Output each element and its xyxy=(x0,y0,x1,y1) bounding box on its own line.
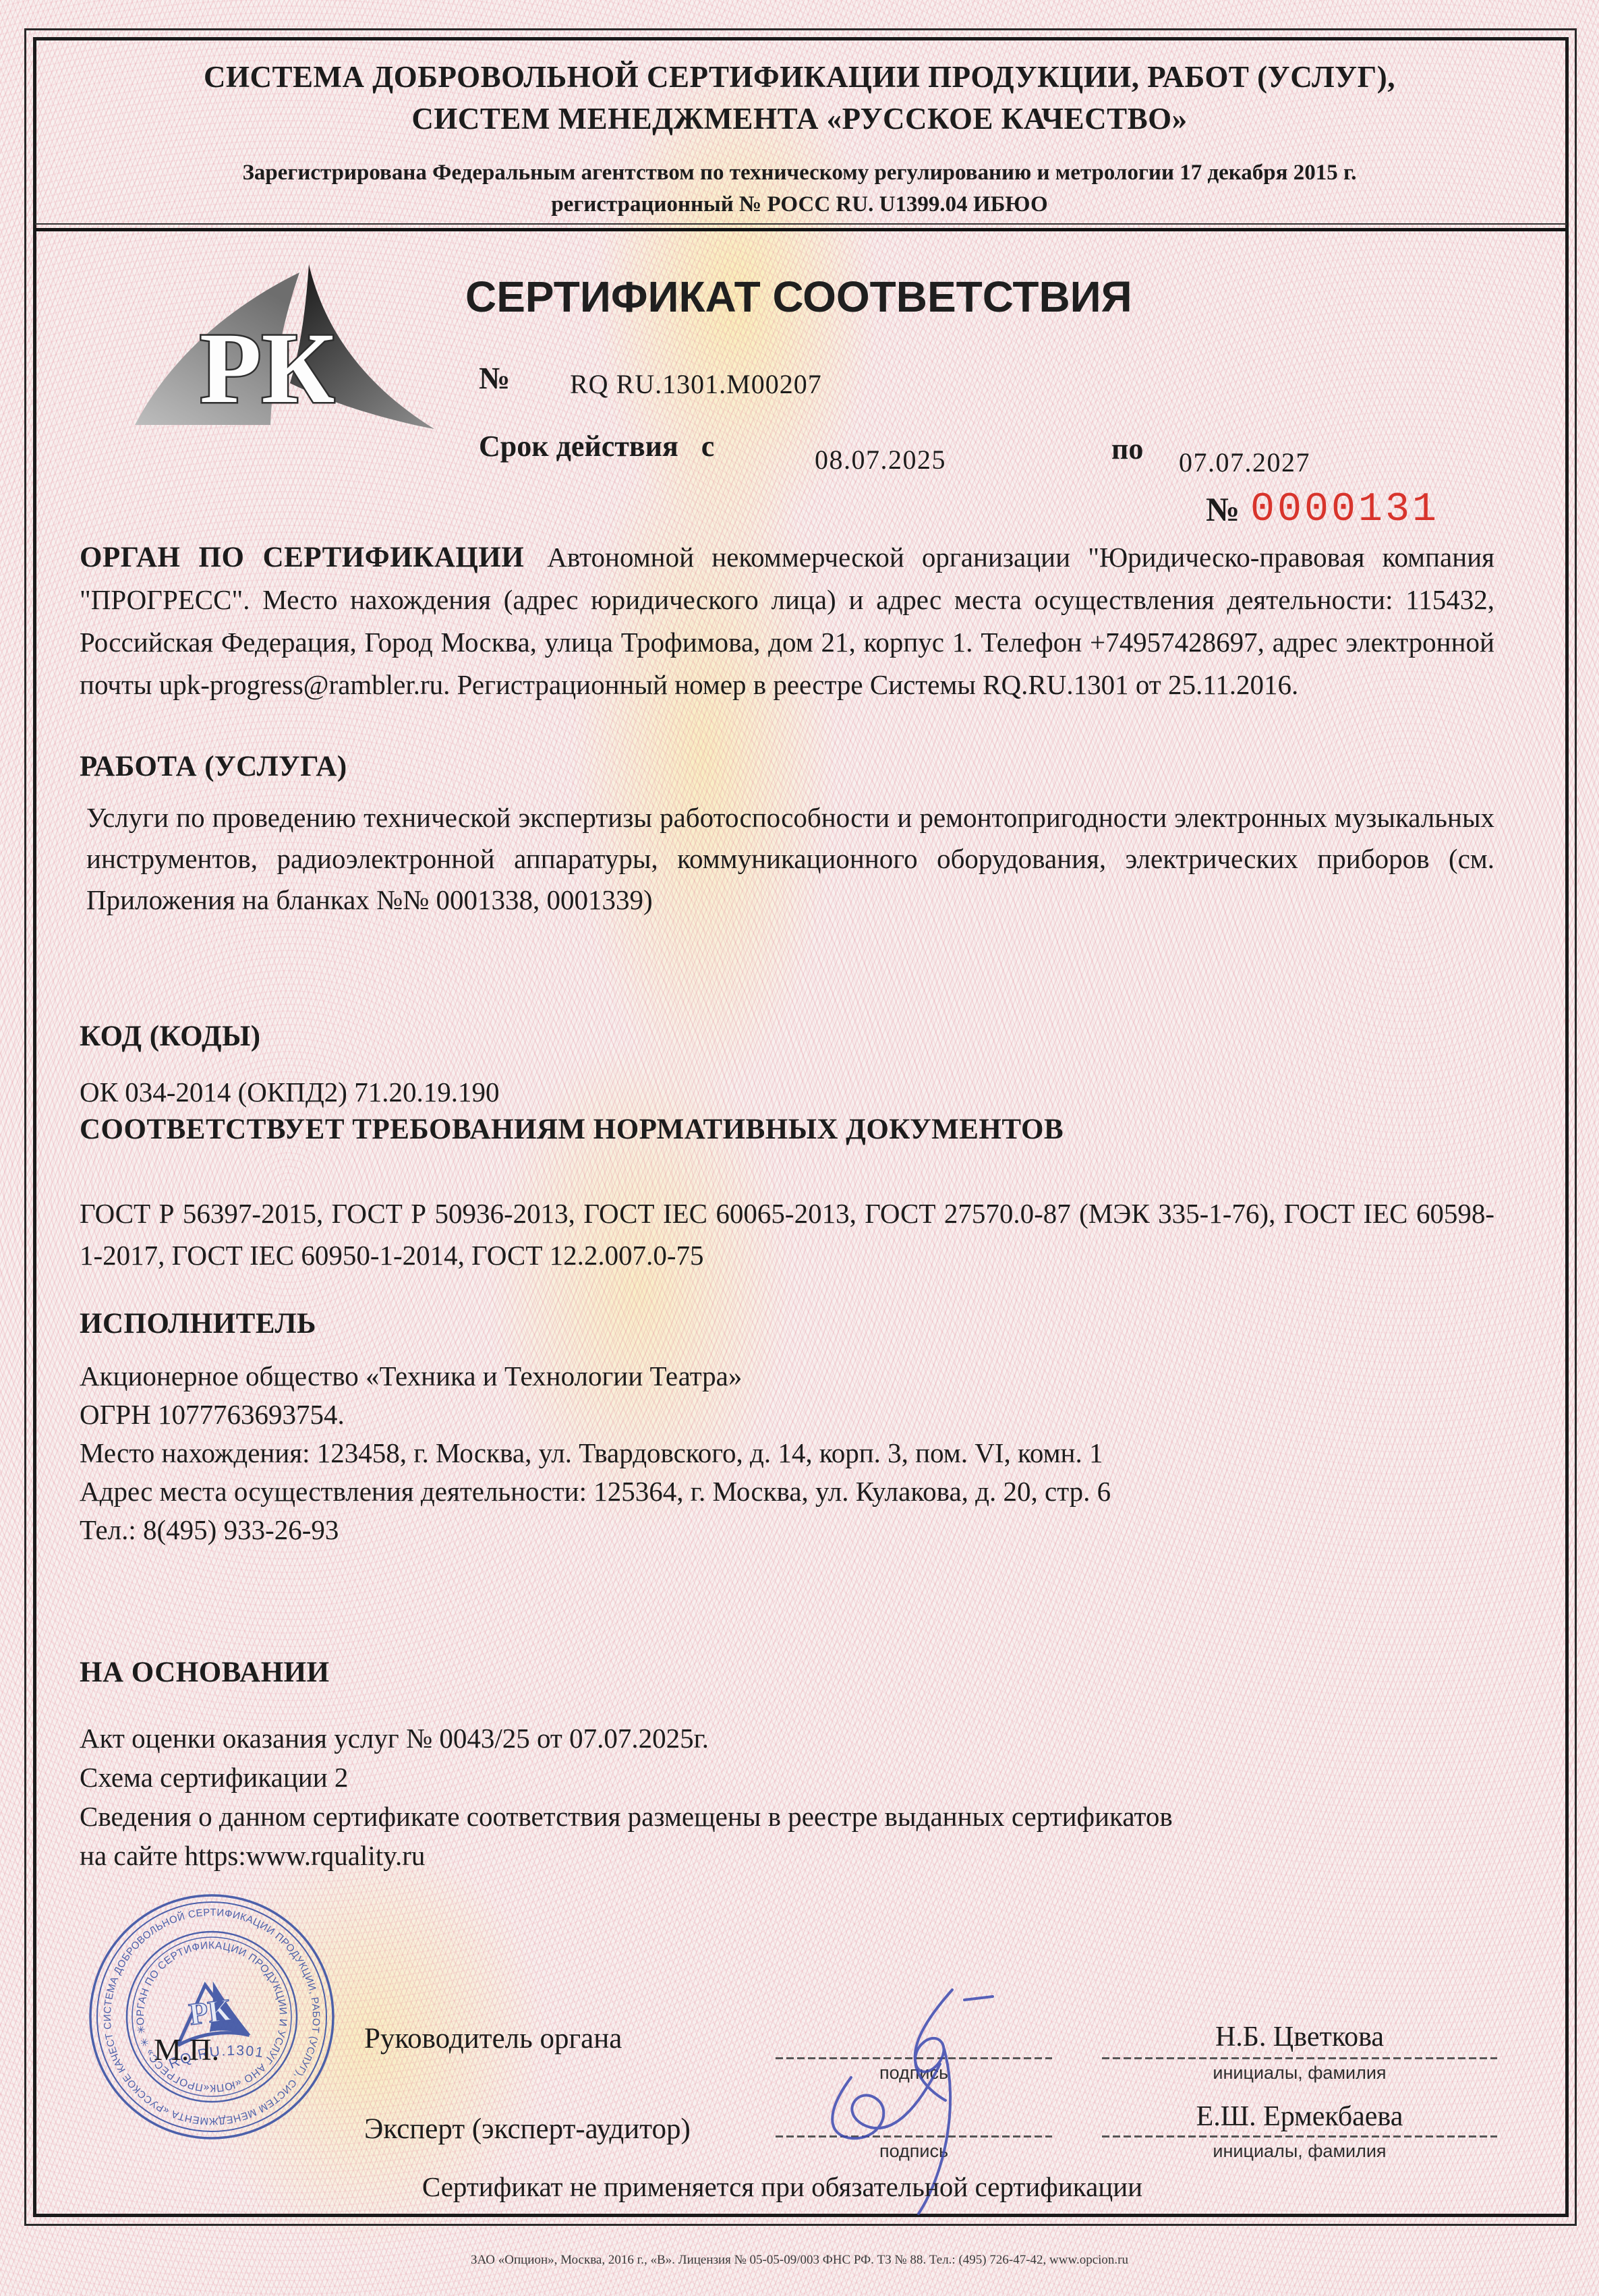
expert-name-line xyxy=(1102,2135,1497,2137)
executor-line: Место нахождения: 123458, г. Москва, ул.… xyxy=(80,1434,1494,1472)
rk-logo: РК xyxy=(129,262,437,441)
basis-line: Акт оценки оказания услуг № 0043/25 от 0… xyxy=(80,1719,1494,1758)
expert-signature-icon xyxy=(832,2064,940,2138)
mp-seal-label: М.П. xyxy=(154,2032,219,2067)
valid-from-date: 08.07.2025 xyxy=(815,444,946,476)
validity-label: Срок действияс xyxy=(479,429,714,463)
system-title-line1: СИСТЕМА ДОБРОВОЛЬНОЙ СЕРТИФИКАЦИИ ПРОДУК… xyxy=(40,59,1559,94)
svg-text:РК: РК xyxy=(187,1992,232,2032)
section-certification-body: ОРГАН ПО СЕРТИФИКАЦИИАвтономной некоммер… xyxy=(80,536,1494,706)
mandatory-certification-note: Сертификат не применяется при обязательн… xyxy=(364,2171,1200,2203)
logo-letters: РК xyxy=(200,312,335,424)
executor-line: Адрес места осуществления деятельности: … xyxy=(80,1472,1494,1511)
head-signature-icon xyxy=(915,1990,952,2100)
requirements-text: ГОСТ Р 56397-2015, ГОСТ Р 50936-2013, ГО… xyxy=(80,1193,1494,1276)
work-service-heading: РАБОТА (УСЛУГА) xyxy=(80,750,347,783)
basis-block: Акт оценки оказания услуг № 0043/25 от 0… xyxy=(80,1719,1494,1875)
expert-name: Е.Ш. Ермекбаева xyxy=(1102,2100,1497,2133)
certificate-number-label: № xyxy=(479,360,510,396)
certificate-number: RQ RU.1301.M00207 xyxy=(570,368,822,400)
executor-heading: ИСПОЛНИТЕЛЬ xyxy=(80,1307,316,1340)
header-separator xyxy=(35,223,1567,231)
validity-from-label: с xyxy=(701,430,715,463)
basis-line: Сведения о данном сертификате соответств… xyxy=(80,1797,1494,1836)
validity-to-label: по xyxy=(1111,432,1143,466)
registration-line2: регистрационный № РОСС RU. U1399.04 ИБЮО xyxy=(40,192,1559,217)
work-service-text: Услуги по проведению технической эксперт… xyxy=(86,797,1494,921)
system-title-line2: СИСТЕМ МЕНЕДЖМЕНТА «РУССКОЕ КАЧЕСТВО» xyxy=(40,101,1559,136)
valid-to-date: 07.07.2027 xyxy=(1179,447,1310,478)
basis-heading: НА ОСНОВАНИИ xyxy=(80,1656,330,1689)
certificate-page: СИСТЕМА ДОБРОВОЛЬНОЙ СЕРТИФИКАЦИИ ПРОДУК… xyxy=(0,0,1599,2296)
basis-line: на сайте https:www.rquality.ru xyxy=(80,1836,1494,1875)
certificate-title: СЕРТИФИКАТ СООТВЕТСТВИЯ xyxy=(465,272,1132,322)
executor-line: Тел.: 8(495) 933-26-93 xyxy=(80,1511,1494,1549)
registration-line1: Зарегистрирована Федеральным агентством … xyxy=(40,161,1559,185)
head-name-caption: инициалы, фамилия xyxy=(1102,2063,1497,2084)
blank-number-label: № xyxy=(1206,490,1240,529)
codes-heading: КОД (КОДЫ) xyxy=(80,1020,261,1053)
blank-number: 0000131 xyxy=(1250,487,1439,533)
validity-label-text: Срок действия xyxy=(479,430,678,463)
executor-block: Акционерное общество «Техника и Технолог… xyxy=(80,1357,1494,1549)
head-name: Н.Б. Цветкова xyxy=(1102,2021,1497,2053)
head-name-line xyxy=(1102,2057,1497,2059)
requirements-heading: СООТВЕТСТВУЕТ ТРЕБОВАНИЯМ НОРМАТИВНЫХ ДО… xyxy=(80,1113,1064,1146)
certification-body-heading: ОРГАН ПО СЕРТИФИКАЦИИ xyxy=(80,542,524,573)
executor-line: ОГРН 1077763693754. xyxy=(80,1396,1494,1434)
basis-line: Схема сертификации 2 xyxy=(80,1758,1494,1797)
head-signature-dash-icon xyxy=(964,1997,993,2000)
print-house-footer: ЗАО «Опцион», Москва, 2016 г., «В». Лице… xyxy=(0,2253,1599,2268)
expert-name-caption: инициалы, фамилия xyxy=(1102,2141,1497,2162)
codes-value: ОК 034-2014 (ОКПД2) 71.20.19.190 xyxy=(80,1071,1494,1114)
expert-role-label: Эксперт (эксперт-аудитор) xyxy=(364,2113,691,2146)
head-role-label: Руководитель органа xyxy=(364,2022,622,2055)
executor-line: Акционерное общество «Техника и Технолог… xyxy=(80,1357,1494,1396)
certification-stamp: СИСТЕМА ДОБРОВОЛЬНОЙ СЕРТИФИКАЦИИ ПРОДУК… xyxy=(69,1874,354,2159)
